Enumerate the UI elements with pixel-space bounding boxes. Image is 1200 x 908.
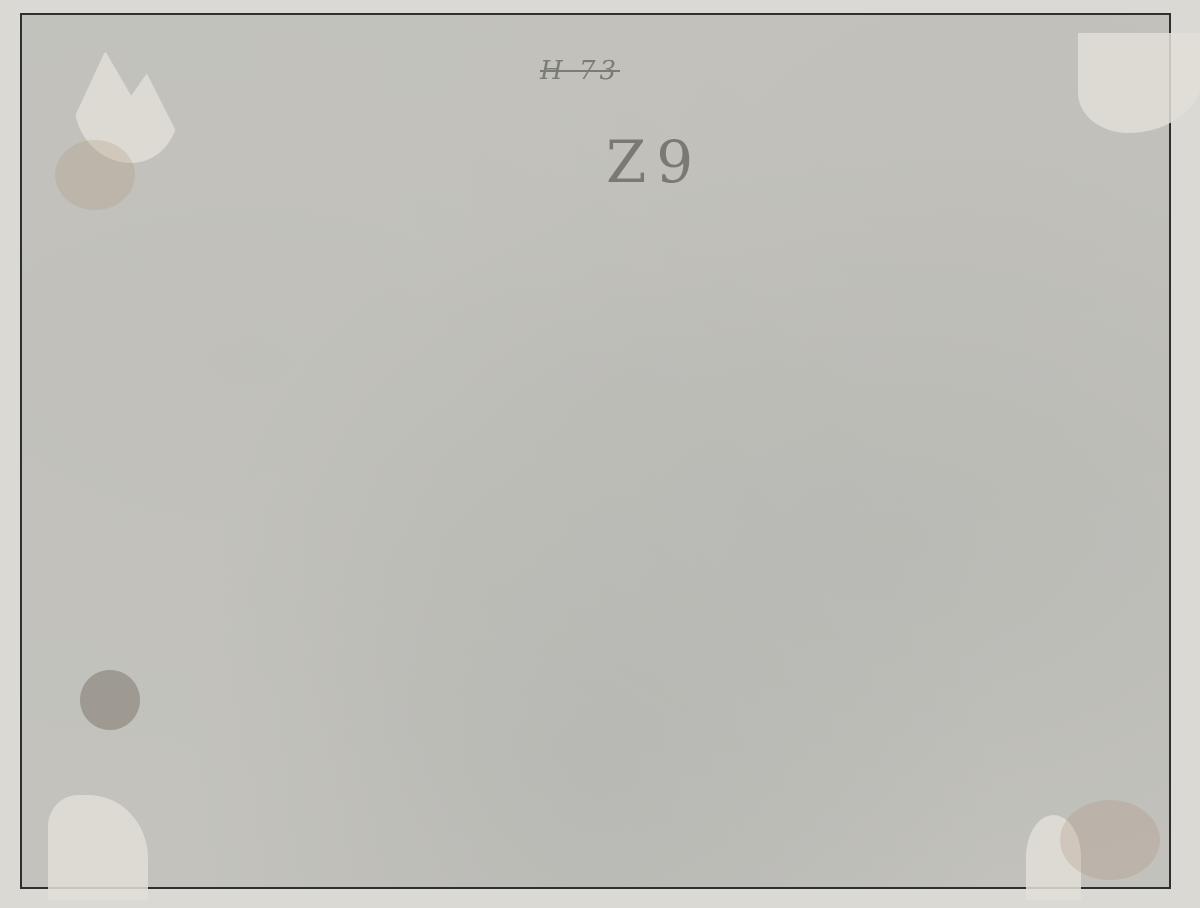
stain-top-left <box>55 140 135 210</box>
stain-bottom-right <box>1060 800 1160 880</box>
hinge-tab-top-right <box>1078 33 1200 133</box>
crossed-out-inventory-number: H 73 <box>540 56 670 96</box>
mount-board: H 73 Z9 <box>0 0 1200 908</box>
inventory-number: Z9 <box>606 128 726 218</box>
paper-sheet <box>20 13 1171 889</box>
stain-bottom-left <box>80 670 140 730</box>
hinge-tab-bottom-left <box>48 795 148 900</box>
